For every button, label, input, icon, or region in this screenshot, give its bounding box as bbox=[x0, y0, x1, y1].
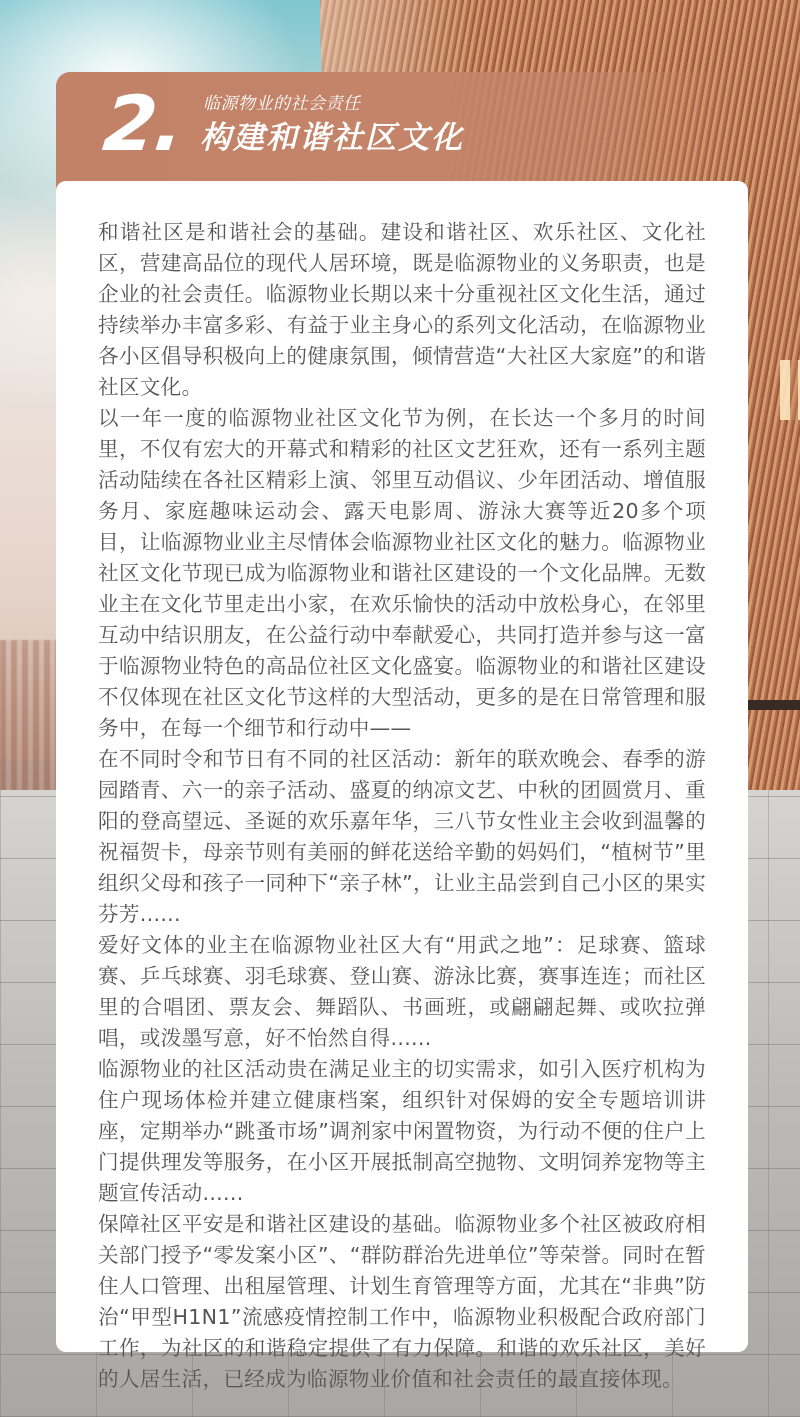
section-number: 2. bbox=[100, 86, 186, 162]
section-title: 构建和谐社区文化 bbox=[200, 118, 464, 158]
paragraph-seasonal-activities: 在不同时令和节日有不同的社区活动：新年的联欢晚会、春季的游园踏青、六一的亲子活动… bbox=[98, 744, 706, 930]
content-card: 和谐社区是和谐社会的基础。建设和谐社区、欢乐社区、文化社区，营建高品位的现代人居… bbox=[56, 181, 748, 1352]
paragraph-services: 临源物业的社区活动贵在满足业主的切实需求，如引入医疗机构为住户现场体检并建立健康… bbox=[98, 1054, 706, 1209]
balcony-railing-right bbox=[740, 700, 800, 710]
paragraph-sports-arts: 爱好文体的业主在临源物业社区大有“用武之地”：足球赛、篮球赛、乒乓球赛、羽毛球赛… bbox=[98, 930, 706, 1054]
paragraph-safety: 保障社区平安是和谐社区建设的基础。临源物业多个社区被政府相关部门授予“零发案小区… bbox=[98, 1209, 706, 1395]
facade-lights bbox=[780, 360, 800, 420]
paragraph-culture-festival: 以一年一度的临源物业社区文化节为例，在长达一个多月的时间里，不仅有宏大的开幕式和… bbox=[98, 403, 706, 744]
section-kicker: 临源物业的社会责任 bbox=[203, 93, 361, 115]
article-body: 和谐社区是和谐社会的基础。建设和谐社区、欢乐社区、文化社区，营建高品位的现代人居… bbox=[98, 217, 706, 1395]
paragraph-intro: 和谐社区是和谐社会的基础。建设和谐社区、欢乐社区、文化社区，营建高品位的现代人居… bbox=[98, 217, 706, 403]
